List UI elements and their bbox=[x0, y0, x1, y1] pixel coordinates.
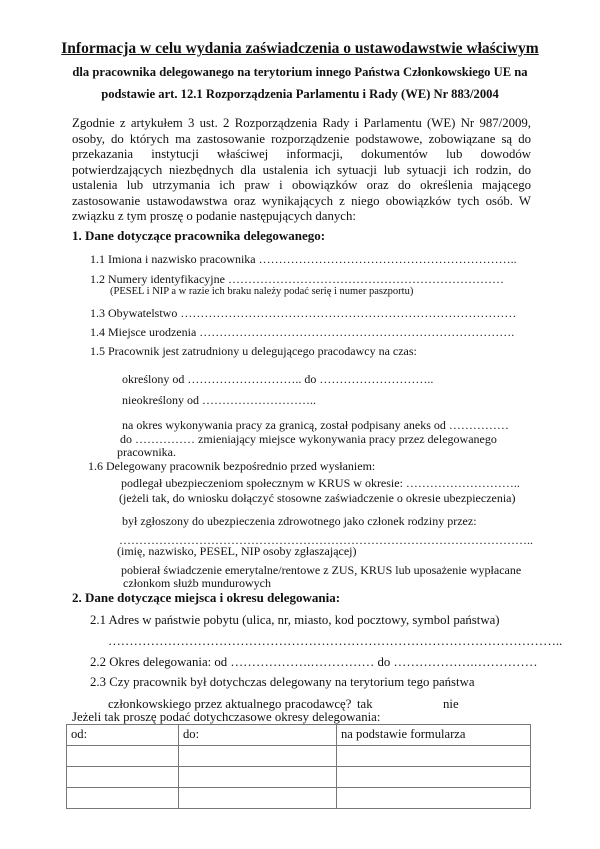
before-posting-label: 1.6 Delegowany pracownik bezpośrednio pr… bbox=[88, 459, 375, 474]
annex-line3: pracownika. bbox=[117, 445, 176, 460]
field-annex-from[interactable]: na okres wykonywania pracy za granicą, z… bbox=[122, 418, 509, 433]
cell-from[interactable] bbox=[67, 788, 179, 809]
cell-from[interactable] bbox=[67, 767, 179, 788]
document-subtitle-line1: dla pracownika delegowanego na terytoriu… bbox=[0, 65, 600, 80]
table-header-row: od: do: na podstawie formularza bbox=[67, 725, 531, 746]
cell-to[interactable] bbox=[179, 746, 337, 767]
pension-label-line2: członkom służb mundurowych bbox=[123, 576, 271, 591]
table-row bbox=[67, 788, 531, 809]
krus-hint: (jeżeli tak, do wniosku dołączyć stosown… bbox=[119, 491, 516, 506]
health-insurer-hint: (imię, nazwisko, PESEL, NIP osoby zgłasz… bbox=[117, 544, 357, 559]
cell-form-basis[interactable] bbox=[337, 767, 531, 788]
field-indefinite-term[interactable]: nieokreślony od ……………………….. bbox=[122, 393, 316, 408]
cell-to[interactable] bbox=[179, 767, 337, 788]
field-krus-period[interactable]: podlegał ubezpieczeniom społecznym w KRU… bbox=[121, 476, 520, 491]
history-label: Jeżeli tak proszę podać dotychczasowe ok… bbox=[72, 710, 380, 725]
employment-period-label: 1.5 Pracownik jest zatrudniony u deleguj… bbox=[90, 344, 417, 359]
field-address[interactable]: …………………………………………………………………………………………….. bbox=[108, 634, 562, 649]
header-to: do: bbox=[179, 725, 337, 746]
cell-from[interactable] bbox=[67, 746, 179, 767]
field-id-numbers[interactable]: 1.2 Numery identyfikacyjne …………………………………… bbox=[90, 272, 504, 287]
field-annex-to[interactable]: do …………… zmieniający miejsce wykonywania… bbox=[120, 432, 497, 447]
section1-heading: 1. Dane dotyczące pracownika delegowaneg… bbox=[72, 228, 325, 244]
option-no[interactable]: nie bbox=[443, 697, 459, 712]
intro-paragraph: Zgodnie z artykułem 3 ust. 2 Rozporządze… bbox=[72, 116, 531, 225]
field-fixed-term[interactable]: określony od ……………………….. do ……………………….. bbox=[122, 372, 433, 387]
table-row bbox=[67, 746, 531, 767]
previous-posting-question-line1: 2.3 Czy pracownik był dotychczas delegow… bbox=[90, 675, 475, 690]
cell-to[interactable] bbox=[179, 788, 337, 809]
cell-form-basis[interactable] bbox=[337, 788, 531, 809]
posting-history-table: od: do: na podstawie formularza bbox=[66, 724, 531, 809]
header-from: od: bbox=[67, 725, 179, 746]
section2-heading: 2. Dane dotyczące miejsca i okresu deleg… bbox=[72, 590, 340, 606]
health-insurance-label: był zgłoszony do ubezpieczenia zdrowotne… bbox=[122, 514, 477, 529]
field-birthplace[interactable]: 1.4 Miejsce urodzenia ………………………………………………… bbox=[90, 325, 514, 340]
field-posting-period[interactable]: 2.2 Okres delegowania: od ……………….…………… d… bbox=[90, 655, 538, 670]
field-citizenship[interactable]: 1.3 Obywatelstwo ……………………………………………………………… bbox=[90, 306, 516, 321]
header-form-basis: na podstawie formularza bbox=[337, 725, 531, 746]
cell-form-basis[interactable] bbox=[337, 746, 531, 767]
document-subtitle-line2: podstawie art. 12.1 Rozporządzenia Parla… bbox=[0, 87, 600, 102]
document-title: Informacja w celu wydania zaświadczenia … bbox=[0, 40, 600, 58]
address-label: 2.1 Adres w państwie pobytu (ulica, nr, … bbox=[90, 613, 500, 628]
table-row bbox=[67, 767, 531, 788]
id-numbers-hint: (PESEL i NIP a w razie ich braku należy … bbox=[110, 286, 413, 297]
field-full-name[interactable]: 1.1 Imiona i nazwisko pracownika …………………… bbox=[90, 252, 517, 267]
